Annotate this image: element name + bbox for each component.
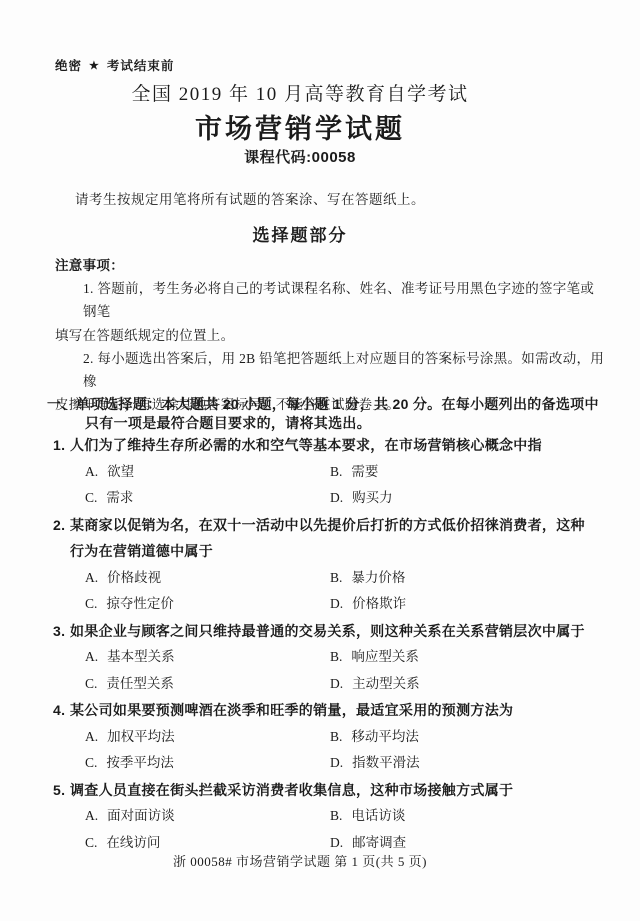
- option-c-label: C.: [85, 490, 97, 505]
- option-c-label: C.: [85, 596, 97, 611]
- question-number: 1.: [53, 432, 65, 459]
- question-stem-text: 人们为了维持生存所必需的水和空气等基本要求，在市场营销核心概念中指: [70, 437, 542, 453]
- question-2: 2. 某商家以促销为名，在双十一活动中以先提价后打折的方式低价招徕消费者，这种 …: [53, 512, 615, 618]
- option-a: A.基本型关系: [85, 644, 330, 671]
- question-5: 5. 调查人员直接在街头拦截采访消费者收集信息，这种市场接触方式属于 A.面对面…: [53, 777, 615, 857]
- option-d-label: D.: [330, 490, 343, 505]
- option-a-label: A.: [85, 729, 98, 744]
- option-b: B.需要: [330, 459, 378, 486]
- option-b-label: B.: [330, 570, 342, 585]
- option-c-label: C.: [85, 755, 97, 770]
- option-a-label: A.: [85, 570, 98, 585]
- option-d-label: D.: [330, 596, 343, 611]
- question-stem-text: 某公司如果要预测啤酒在淡季和旺季的销量，最适宜采用的预测方法为: [70, 702, 513, 718]
- option-b-label: B.: [330, 464, 342, 479]
- option-a: A.欲望: [85, 459, 330, 486]
- option-row: C.需求 D.购买力: [53, 485, 615, 512]
- section-one-heading-line-1: 一、单项选择题：本大题共 20 小题，每小题 1 分，共 20 分。在每小题列出…: [47, 395, 612, 414]
- question-number: 2.: [53, 512, 65, 539]
- option-a: A.加权平均法: [85, 724, 330, 751]
- option-c-text: 掠夺性定价: [106, 596, 174, 611]
- question-stem-text: 某商家以促销为名，在双十一活动中以先提价后打折的方式低价招徕消费者，这种: [70, 517, 585, 533]
- classification-line: 绝密★考试结束前: [55, 56, 174, 74]
- option-d: D.主动型关系: [330, 671, 420, 698]
- question-stem-text: 如果企业与顾客之间只维持最普通的交易关系，则这种关系在关系营销层次中属于: [70, 623, 585, 639]
- option-d-text: 价格欺诈: [352, 596, 406, 611]
- option-d-text: 邮寄调查: [352, 835, 406, 850]
- option-row: A.欲望 B.需要: [53, 459, 615, 486]
- note-item-1-line-1: 1. 答题前，考生务必将自己的考试课程名称、姓名、准考证号用黑色字迹的签字笔或钢…: [55, 277, 605, 323]
- classification-label: 绝密: [55, 59, 82, 73]
- question-stem: 1. 人们为了维持生存所必需的水和空气等基本要求，在市场营销核心概念中指: [53, 432, 615, 459]
- question-number: 4.: [53, 697, 65, 724]
- option-d-text: 主动型关系: [352, 676, 420, 691]
- option-c: C.按季平均法: [85, 750, 330, 777]
- option-d-label: D.: [330, 755, 343, 770]
- option-row: C.责任型关系 D.主动型关系: [53, 671, 615, 698]
- question-stem: 3. 如果企业与顾客之间只维持最普通的交易关系，则这种关系在关系营销层次中属于: [53, 618, 615, 645]
- option-row: C.掠夺性定价 D.价格欺诈: [53, 591, 615, 618]
- section-one-text: 单项选择题：本大题共 20 小题，每小题 1 分，共 20 分。在每小题列出的备…: [76, 396, 599, 412]
- option-a-label: A.: [85, 649, 98, 664]
- question-list: 1. 人们为了维持生存所必需的水和空气等基本要求，在市场营销核心概念中指 A.欲…: [53, 432, 615, 856]
- question-1: 1. 人们为了维持生存所必需的水和空气等基本要求，在市场营销核心概念中指 A.欲…: [53, 432, 615, 512]
- question-stem-continuation: 行为在营销道德中属于: [53, 538, 615, 565]
- question-3: 3. 如果企业与顾客之间只维持最普通的交易关系，则这种关系在关系营销层次中属于 …: [53, 618, 615, 698]
- option-a-label: A.: [85, 808, 98, 823]
- question-number: 3.: [53, 618, 65, 645]
- question-stem: 5. 调查人员直接在街头拦截采访消费者收集信息，这种市场接触方式属于: [53, 777, 615, 804]
- exam-paper-page: { "page": { "classification": "绝密", "sta…: [0, 0, 640, 921]
- option-b-label: B.: [330, 808, 342, 823]
- option-c-text: 需求: [106, 490, 133, 505]
- section-one-heading: 一、单项选择题：本大题共 20 小题，每小题 1 分，共 20 分。在每小题列出…: [47, 395, 612, 433]
- option-c-text: 按季平均法: [106, 755, 174, 770]
- option-a: A.面对面访谈: [85, 803, 330, 830]
- option-b-text: 需要: [351, 464, 378, 479]
- notes-heading: 注意事项：: [55, 254, 605, 277]
- option-d-label: D.: [330, 835, 343, 850]
- page-footer: 浙 00058# 市场营销学试题 第 1 页(共 5 页): [0, 851, 600, 870]
- exam-session-title: 全国 2019 年 10 月高等教育自学考试: [0, 79, 600, 106]
- course-code: 课程代码:00058: [0, 146, 600, 167]
- option-a-text: 面对面访谈: [107, 808, 175, 823]
- option-row: A.基本型关系 B.响应型关系: [53, 644, 615, 671]
- option-b-text: 移动平均法: [351, 729, 419, 744]
- option-c-text: 责任型关系: [106, 676, 174, 691]
- option-b: B.移动平均法: [330, 724, 419, 751]
- question-stem: 4. 某公司如果要预测啤酒在淡季和旺季的销量，最适宜采用的预测方法为: [53, 697, 615, 724]
- option-b-label: B.: [330, 649, 342, 664]
- option-d-text: 指数平滑法: [352, 755, 420, 770]
- option-b-text: 暴力价格: [351, 570, 405, 585]
- option-a-text: 欲望: [107, 464, 134, 479]
- option-d: D.购买力: [330, 485, 393, 512]
- question-stem-text: 调查人员直接在街头拦截采访消费者收集信息，这种市场接触方式属于: [70, 782, 513, 798]
- option-row: C.按季平均法 D.指数平滑法: [53, 750, 615, 777]
- note-item-2-line-1: 2. 每小题选出答案后，用 2B 铅笔把答题纸上对应题目的答案标号涂黑。如需改动…: [55, 347, 605, 393]
- option-b-text: 响应型关系: [351, 649, 419, 664]
- option-a-text: 加权平均法: [107, 729, 175, 744]
- option-d-label: D.: [330, 676, 343, 691]
- option-b: B.暴力价格: [330, 565, 405, 592]
- section-one-heading-line-2: 只有一项是最符合题目要求的，请将其选出。: [47, 414, 612, 433]
- option-a: A.价格歧视: [85, 565, 330, 592]
- option-c: C.掠夺性定价: [85, 591, 330, 618]
- option-c: C.需求: [85, 485, 330, 512]
- section-one-marker: 一、: [47, 396, 76, 412]
- option-row: A.价格歧视 B.暴力价格: [53, 565, 615, 592]
- option-c-text: 在线访问: [106, 835, 160, 850]
- question-4: 4. 某公司如果要预测啤酒在淡季和旺季的销量，最适宜采用的预测方法为 A.加权平…: [53, 697, 615, 777]
- option-c: C.责任型关系: [85, 671, 330, 698]
- option-a-text: 基本型关系: [107, 649, 175, 664]
- part-title: 选择题部分: [0, 221, 600, 246]
- notes-block: 注意事项： 1. 答题前，考生务必将自己的考试课程名称、姓名、准考证号用黑色字迹…: [55, 254, 605, 416]
- option-d: D.价格欺诈: [330, 591, 406, 618]
- option-row: A.加权平均法 B.移动平均法: [53, 724, 615, 751]
- note-item-1-line-2: 填写在答题纸规定的位置上。: [55, 324, 605, 347]
- option-c-label: C.: [85, 676, 97, 691]
- answer-instruction: 请考生按规定用笔将所有试题的答案涂、写在答题纸上。: [75, 188, 425, 208]
- option-a-label: A.: [85, 464, 98, 479]
- option-d: D.指数平滑法: [330, 750, 420, 777]
- option-row: A.面对面访谈 B.电话访谈: [53, 803, 615, 830]
- option-a-text: 价格歧视: [107, 570, 161, 585]
- option-d-text: 购买力: [352, 490, 393, 505]
- page-title: 市场营销学试题: [0, 107, 600, 146]
- option-b: B.电话访谈: [330, 803, 405, 830]
- option-b-label: B.: [330, 729, 342, 744]
- question-number: 5.: [53, 777, 65, 804]
- star-icon: ★: [82, 60, 107, 72]
- option-b-text: 电话访谈: [351, 808, 405, 823]
- option-c-label: C.: [85, 835, 97, 850]
- question-stem: 2. 某商家以促销为名，在双十一活动中以先提价后打折的方式低价招徕消费者，这种: [53, 512, 615, 539]
- stage-note: 考试结束前: [107, 59, 175, 73]
- option-b: B.响应型关系: [330, 644, 419, 671]
